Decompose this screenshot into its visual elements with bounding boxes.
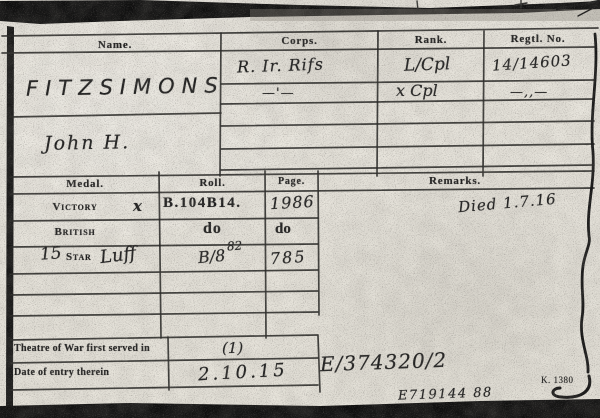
british-medal-label: British — [30, 227, 120, 238]
rank-entry-1: L/Cpl — [404, 56, 451, 75]
reference-number-main: E/374320/2 — [320, 350, 448, 374]
theatre-of-war-value: (1) — [222, 341, 243, 356]
card-left-border — [6, 26, 14, 408]
star-page-value: 785 — [269, 249, 307, 268]
date-of-entry-value: 2.10.15 — [198, 362, 289, 385]
british-roll-ditto: do — [203, 221, 222, 237]
victory-medal-label: Victory — [30, 202, 120, 213]
british-page-ditto: do — [275, 222, 291, 237]
form-code: K. 1380 — [541, 376, 574, 385]
surname-value: FITZSIMONS — [26, 75, 225, 99]
victory-roll-value: B.104B14. — [163, 196, 242, 211]
remarks-column-header: Remarks. — [318, 176, 592, 187]
corps-entry-ditto: —'— — [262, 87, 295, 100]
date-of-entry-label: Date of entry therein — [14, 368, 109, 378]
regimental-number-ditto: —,,— — [510, 86, 548, 99]
star-clerk-note: Luff — [99, 245, 137, 267]
medal-index-card-scan: Name. Corps. Rank. Regtl. No. Medal. Rol… — [0, 0, 600, 418]
corps-column-header: Corps. — [221, 36, 378, 47]
star-medal-label: Star — [66, 252, 92, 263]
forename-value: John H. — [44, 133, 131, 154]
medal-column-header: Medal. — [10, 179, 160, 190]
roll-column-header: Roll. — [160, 178, 265, 189]
star-prefix-value: 15 — [39, 245, 62, 263]
name-column-header: Name. — [10, 40, 220, 51]
rank-column-header: Rank. — [378, 35, 484, 46]
victory-check-mark: x — [133, 199, 142, 214]
page-column-header: Page. — [265, 177, 318, 187]
regtl-no-column-header: Regtl. No. — [484, 34, 592, 45]
scan-bottom-edge — [0, 399, 600, 418]
scan-top-smear — [250, 9, 600, 21]
reference-number-secondary: E719144 88 — [398, 386, 493, 402]
star-roll-value: B/8 — [197, 248, 226, 266]
victory-page-value: 1986 — [270, 194, 315, 212]
star-roll-superscript: 82 — [227, 239, 243, 252]
corps-entry-1: R. Ir. Rifs — [237, 56, 324, 75]
theatre-of-war-label: Theatre of War first served in — [14, 344, 150, 354]
rank-entry-2: x Cpl — [396, 83, 438, 99]
